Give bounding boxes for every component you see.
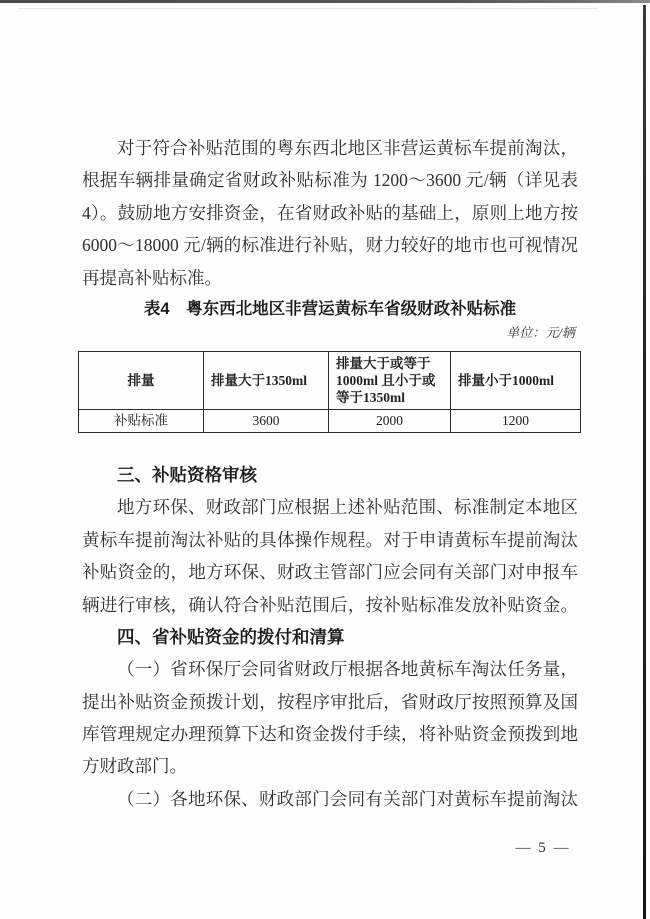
scan-edge-top-faint [18, 8, 598, 9]
paragraph-line: （一）省环保厅会同省财政厅根据各地黄标车淘汰任务量， [82, 653, 578, 685]
table-value-cell: 2000 [329, 409, 451, 432]
paragraph-line: 地方环保、财政部门应根据上述补贴范围、标准制定本地区 [82, 491, 578, 523]
subsidy-table: 排量 排量大于1350ml 排量大于或等于1000ml 且小于或等于1350ml… [78, 351, 581, 433]
table-header-cell: 排量大于1350ml [204, 351, 329, 409]
scan-edge-right [643, 5, 646, 919]
paragraph-line: 辆进行审核，确认符合补贴范围后，按补贴标准发放补贴资金。 [82, 589, 578, 621]
table-header-cell: 排量小于1000ml [451, 351, 581, 409]
table-header-cell: 排量 [79, 351, 204, 409]
section-heading-3: 三、补贴资格审核 [82, 459, 578, 491]
paragraph-line: 4）。鼓励地方安排资金，在省财政补贴的基础上，原则上地方按 [82, 197, 578, 229]
paragraph-line: 补贴资金的，地方环保、财政主管部门应会同有关部门对申报车 [82, 556, 578, 588]
paragraph-line: 库管理规定办理预算下达和资金拨付手续，将补贴资金预拨到地 [82, 718, 578, 750]
document-body: 对于符合补贴范围的粤东西北地区非营运黄标车提前淘汰， 根据车辆排量确定省财政补贴… [82, 132, 578, 815]
paragraph-line: 提出补贴资金预拨计划，按程序审批后，省财政厅按照预算及国 [82, 686, 578, 718]
paragraph-line: 对于符合补贴范围的粤东西北地区非营运黄标车提前淘汰， [82, 132, 578, 164]
section-heading-4: 四、省补贴资金的拨付和清算 [82, 621, 578, 653]
spacer [82, 433, 578, 459]
table-title: 表4 粤东西北地区非营运黄标车省级财政补贴标准 [82, 296, 578, 322]
paragraph-line: 黄标车提前淘汰补贴的具体操作规程。对于申请黄标车提前淘汰 [82, 524, 578, 556]
table-header-row: 排量 排量大于1350ml 排量大于或等于1000ml 且小于或等于1350ml… [79, 351, 581, 409]
paragraph-line: 再提高补贴标准。 [82, 262, 578, 294]
unit-note: 单位：元/辆 [82, 324, 578, 342]
table-header-cell: 排量大于或等于1000ml 且小于或等于1350ml [329, 351, 451, 409]
table-row-label: 补贴标准 [79, 409, 204, 432]
paragraph-line: 根据车辆排量确定省财政补贴标准为 1200～3600 元/辆（详见表 [82, 164, 578, 196]
table-data-row: 补贴标准 3600 2000 1200 [79, 409, 581, 432]
paragraph-line: （二）各地环保、财政部门会同有关部门对黄标车提前淘汰 [82, 783, 578, 815]
scan-edge-top [0, 0, 650, 3]
page-number: — 5 — [505, 840, 581, 857]
paragraph-line: 方财政部门。 [82, 750, 578, 782]
document-page: 对于符合补贴范围的粤东西北地区非营运黄标车提前淘汰， 根据车辆排量确定省财政补贴… [0, 0, 650, 919]
table-value-cell: 3600 [204, 409, 329, 432]
table-value-cell: 1200 [451, 409, 581, 432]
paragraph-line: 6000～18000 元/辆的标准进行补贴，财力较好的地市也可视情况 [82, 229, 578, 261]
